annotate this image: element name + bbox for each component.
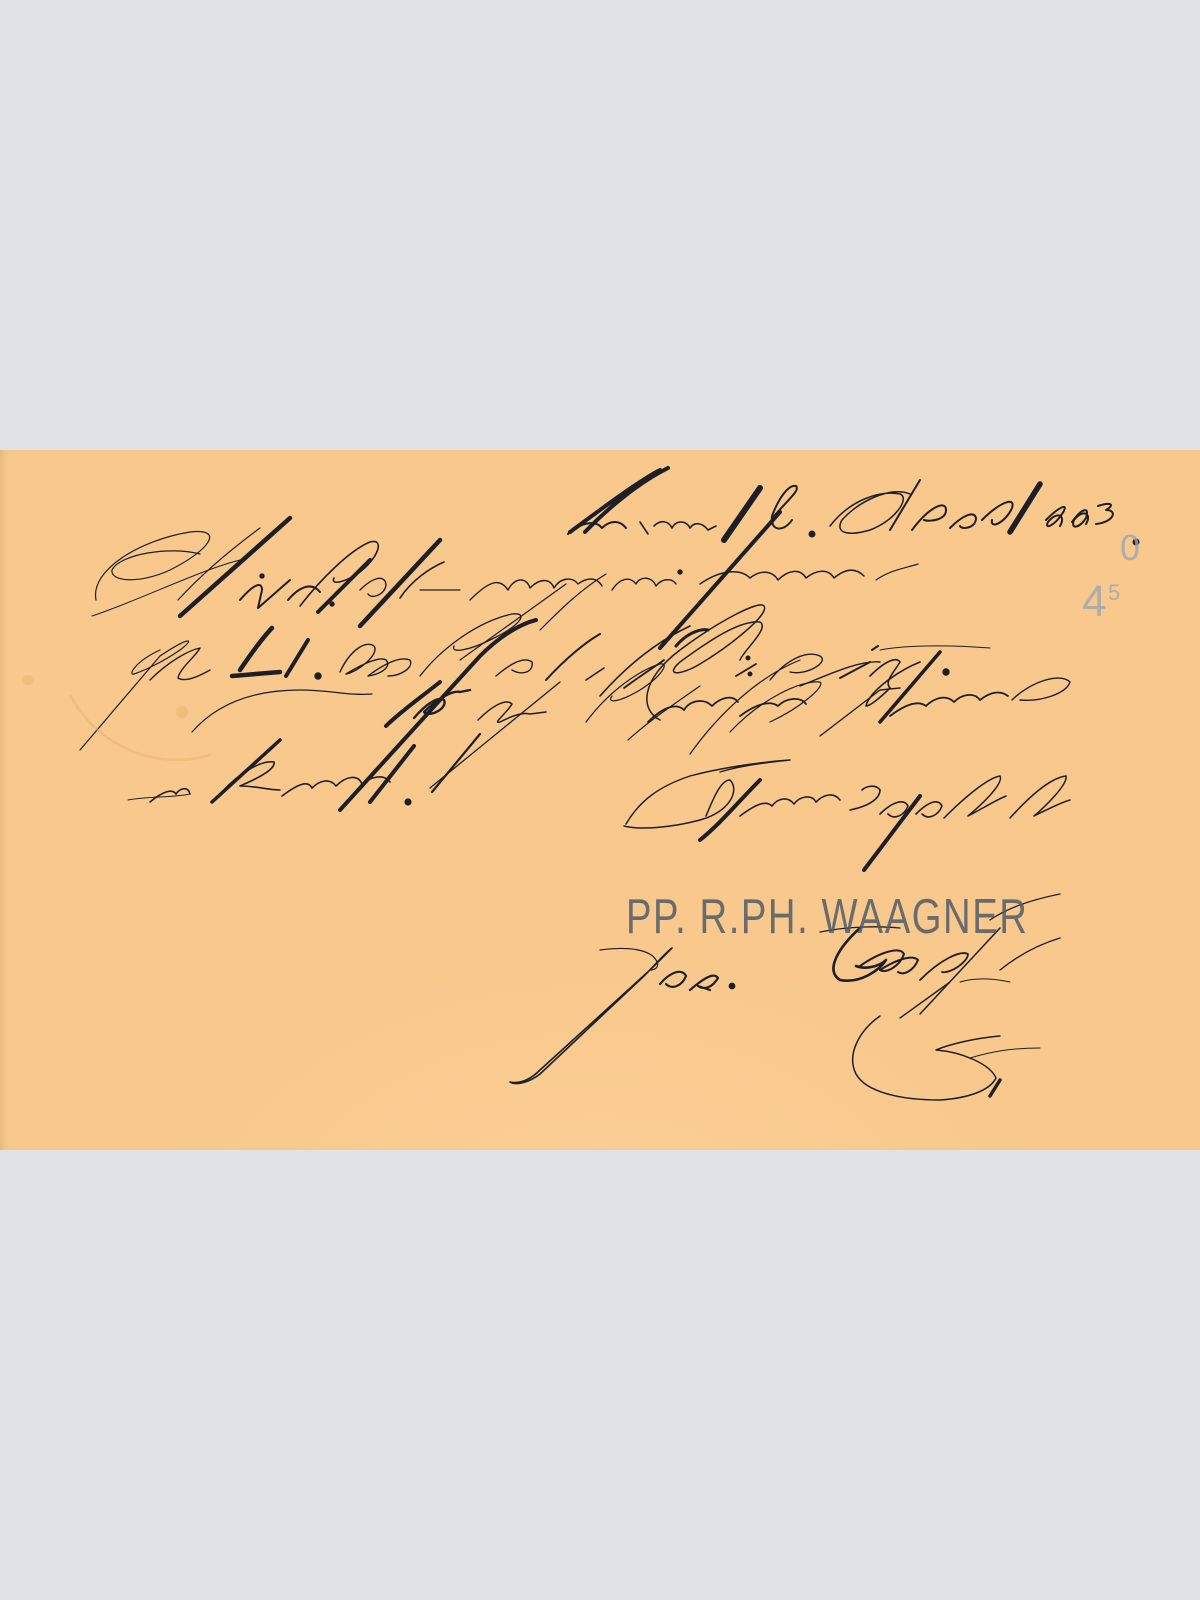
body-line-2-strokes — [80, 584, 949, 810]
sender-rubber-stamp: PP. R.PH. WAAGNER — [626, 893, 1028, 942]
pencil-note-superscript: 5 — [1108, 582, 1120, 604]
handwriting-ink — [0, 450, 1200, 1150]
closing-strokes — [624, 760, 1070, 870]
pencil-note-bottom: 4 — [1082, 580, 1106, 624]
body-line-4-strokes — [128, 734, 480, 805]
date-line-strokes — [568, 468, 1139, 545]
body-line-3-strokes — [192, 646, 1070, 788]
faint-postmark-ghost — [23, 675, 210, 760]
pencil-note-top: 0 — [1120, 530, 1140, 566]
postcard: PP. R.PH. WAAGNER 0 4 5 Wien 18. Oktob 1… — [0, 450, 1200, 1150]
